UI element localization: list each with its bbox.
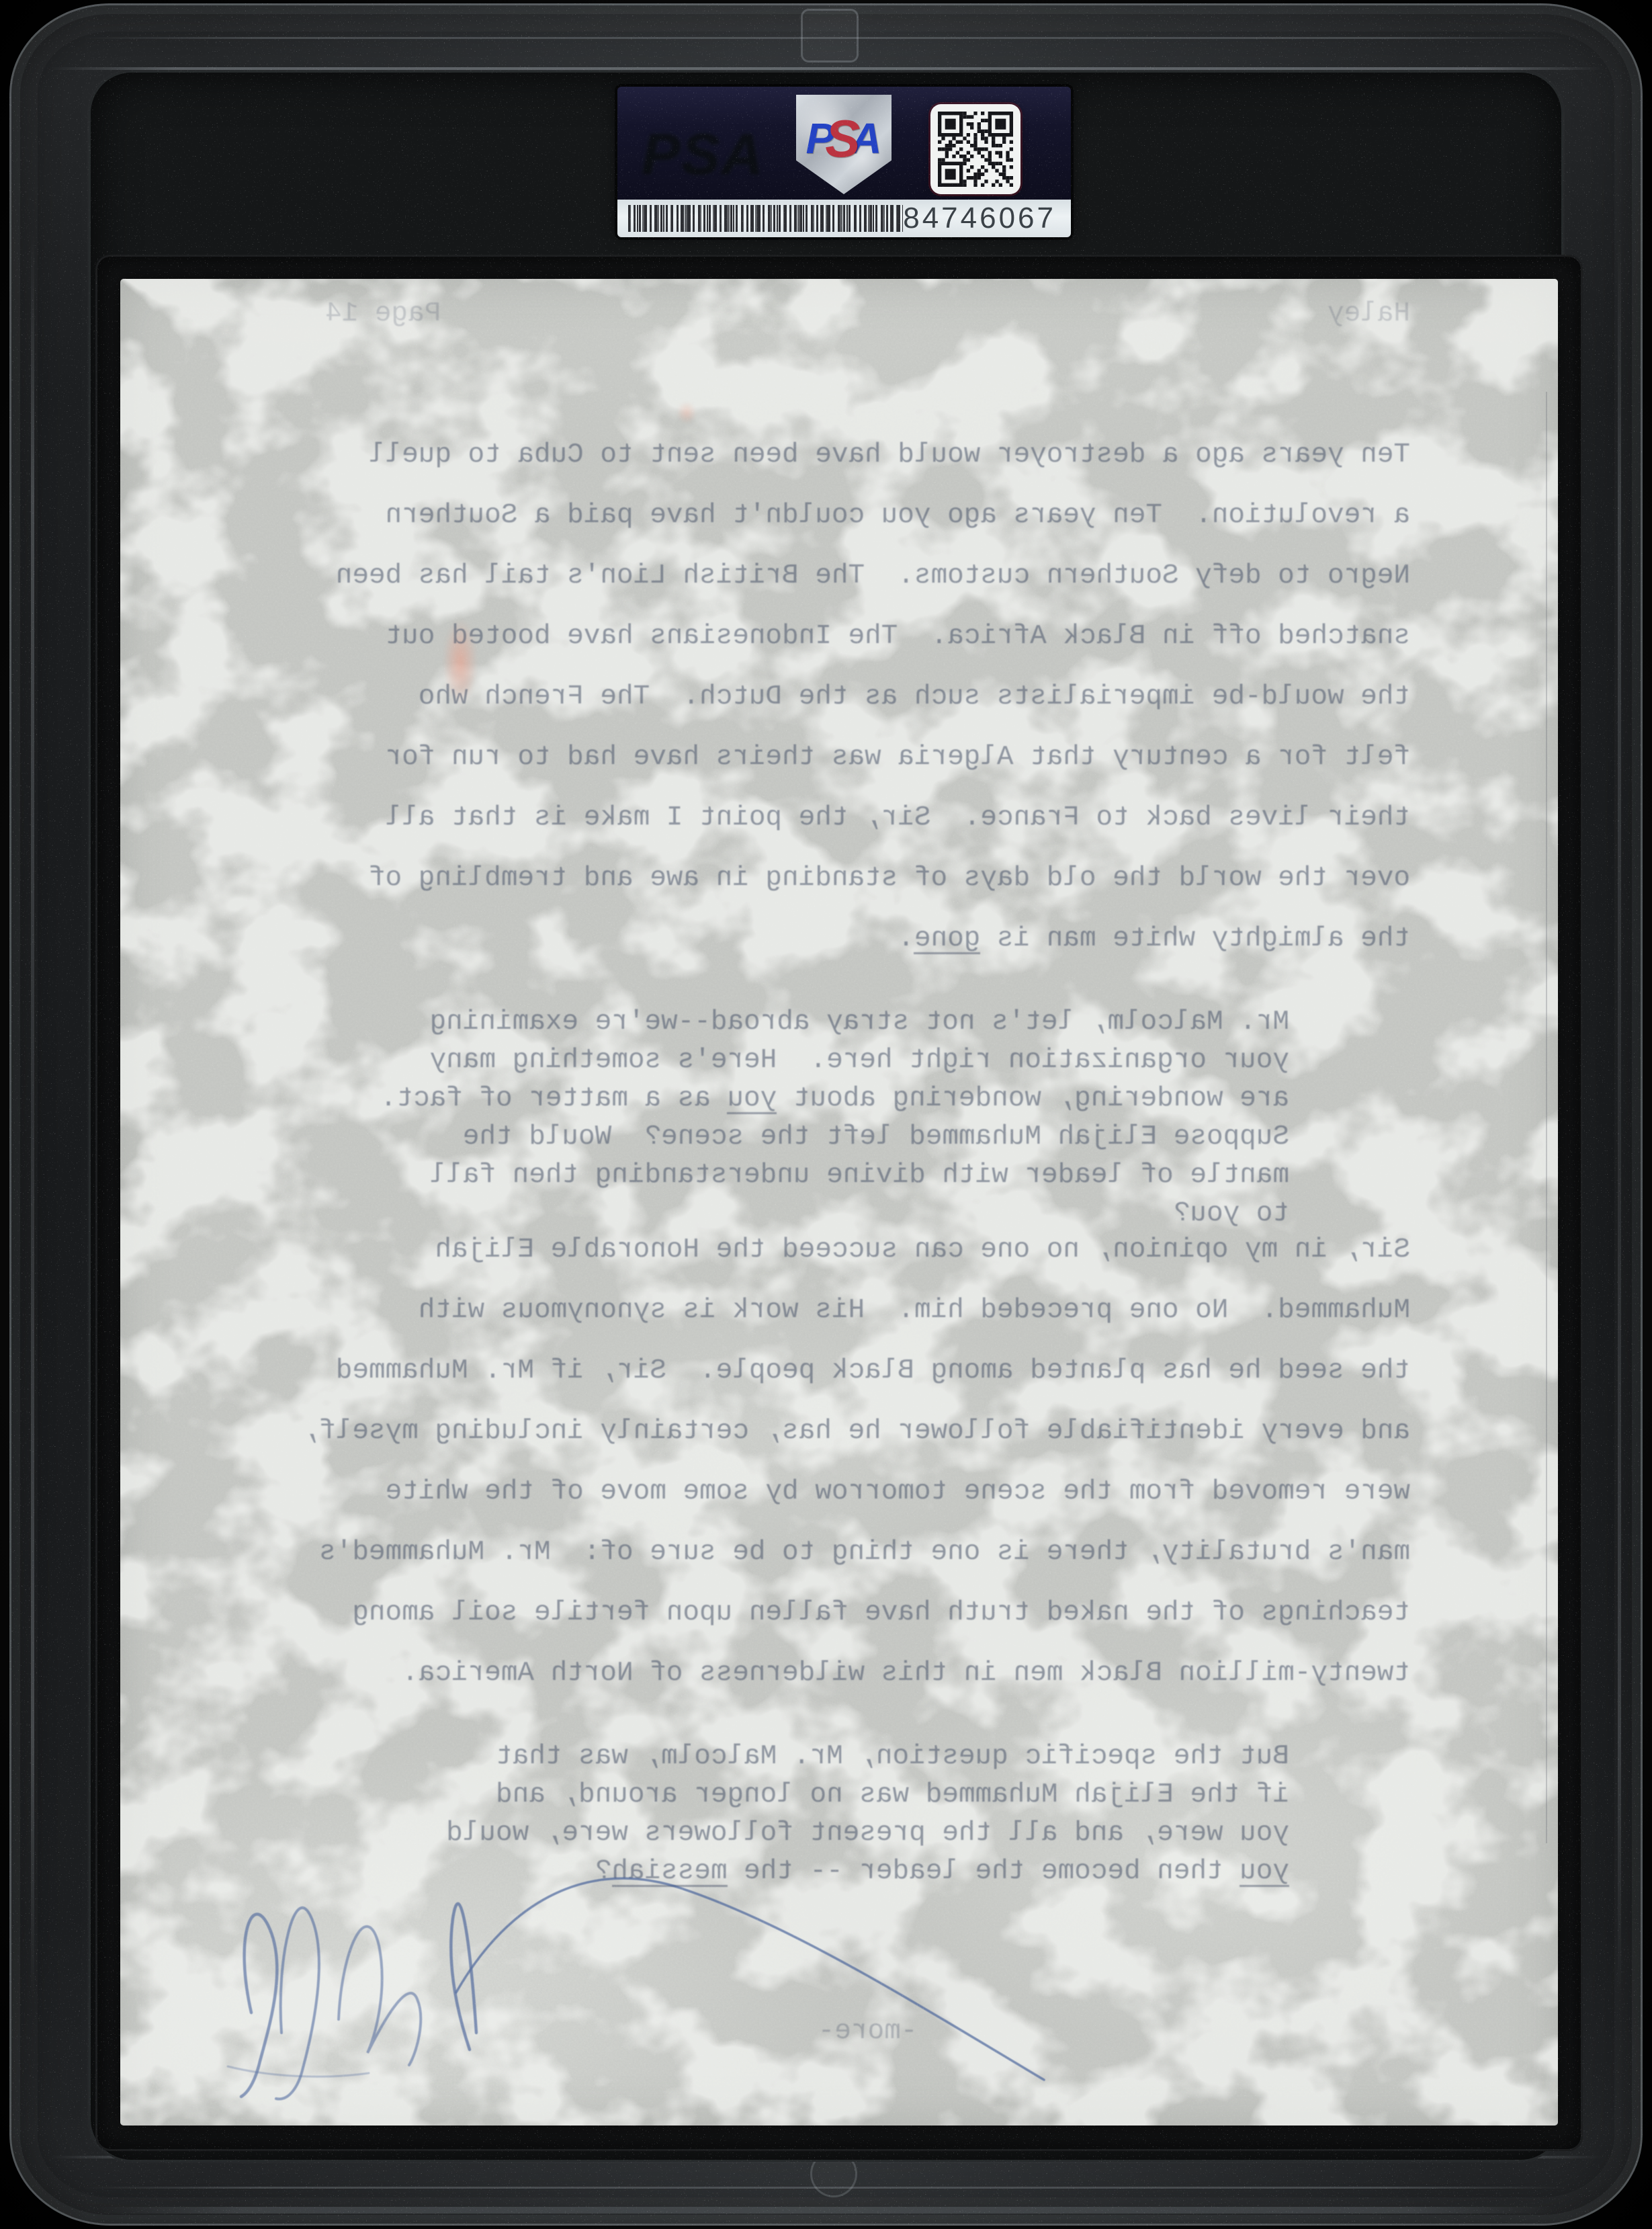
page-header: Haley Page 14	[325, 294, 1410, 334]
typed-line: Negro to defy Southern customs. The Brit…	[325, 546, 1410, 606]
slab-top-ridge	[50, 67, 1602, 70]
typed-line: twenty-million Black men in this wildern…	[325, 1643, 1410, 1704]
typed-line: Muhammed. No one preceded him. His work …	[325, 1280, 1410, 1341]
typed-line: if the Elijah Muhammed was no longer aro…	[372, 1776, 1289, 1814]
typed-line: teachings of the naked truth have fallen…	[325, 1583, 1410, 1643]
typed-line: the would-be imperialists such as the Du…	[325, 667, 1410, 727]
qr-code	[938, 112, 1013, 187]
cert-number: 84746067	[903, 202, 1056, 235]
typed-line: over the world the old days of standing …	[325, 848, 1410, 909]
typed-line: and every identifiable follower he has, …	[325, 1401, 1410, 1462]
slab-bottom-ridge	[97, 2207, 1555, 2214]
psa-slab-case: PSA P S A	[9, 3, 1643, 2226]
header-author: Haley	[1328, 294, 1410, 334]
typed-line: a revolution. Ten years ago you couldn't…	[325, 485, 1410, 546]
typed-line: Ten years ago a destroyer would have bee…	[325, 425, 1410, 485]
document-paper-back: Haley Page 14 Ten years ago a destroyer …	[120, 279, 1558, 2126]
header-page-number: Page 14	[325, 294, 441, 334]
psa-cert-label: PSA P S A	[617, 87, 1071, 237]
indented-quote-1: Mr. Malcolm, let's not stray abroad--we'…	[372, 1003, 1289, 1233]
typed-line: Sir, in my opinion, no one can succeed t…	[325, 1220, 1410, 1280]
typed-line: snatched off in Black Africa. The Indone…	[325, 606, 1410, 667]
typed-underline	[914, 952, 980, 954]
typed-line: But the specific question, Mr. Malcolm, …	[372, 1738, 1289, 1776]
typed-line: the almighty white man is gone.	[325, 909, 1410, 969]
body-paragraph-1: Ten years ago a destroyer would have bee…	[325, 425, 1410, 969]
typed-line: Mr. Malcolm, let's not stray abroad--we'…	[372, 1003, 1289, 1042]
typed-line: were removed from the scene tomorrow by …	[325, 1462, 1410, 1522]
slab-top-tab	[801, 9, 859, 62]
typed-line: your organization right here. Here's som…	[372, 1042, 1289, 1080]
typed-line: felt for a century that Algeria was thei…	[325, 727, 1410, 788]
typed-line: the seed he has planted among Black peop…	[325, 1341, 1410, 1401]
qr-code-icon	[930, 104, 1020, 194]
photo-psa-slabbed-document: { "label": { "brand": "PSA", "brand_lett…	[0, 0, 1652, 2229]
psa-hologram-ghost: PSA	[642, 122, 765, 188]
psa-letter-s: S	[825, 112, 860, 165]
typed-line: their lives back to France. Sir, the poi…	[325, 788, 1410, 848]
psa-logo-text: P S A	[806, 112, 882, 165]
psa-shield-logo: P S A	[796, 95, 892, 194]
typed-line: man's brutality, there is one thing to b…	[325, 1522, 1410, 1583]
typed-line: Suppose Elijah Muhammed left the scene? …	[372, 1118, 1289, 1156]
signature-ink	[187, 1811, 1128, 2120]
slab-left-edge-highlight	[31, 232, 34, 1997]
typed-underline	[727, 1112, 777, 1114]
slab-right-edge-highlight	[1618, 232, 1621, 1997]
body-paragraph-2: Sir, in my opinion, no one can succeed t…	[325, 1220, 1410, 1704]
typed-line: mantle of leader with divine understandi…	[372, 1156, 1289, 1195]
label-barcode-strip: 84746067	[617, 200, 1071, 237]
barcode-icon	[628, 205, 903, 232]
typed-line: are wondering, wondering about you as a …	[372, 1080, 1289, 1118]
label-navy-panel: PSA P S A	[617, 87, 1071, 200]
typed-underline	[1240, 1885, 1289, 1887]
